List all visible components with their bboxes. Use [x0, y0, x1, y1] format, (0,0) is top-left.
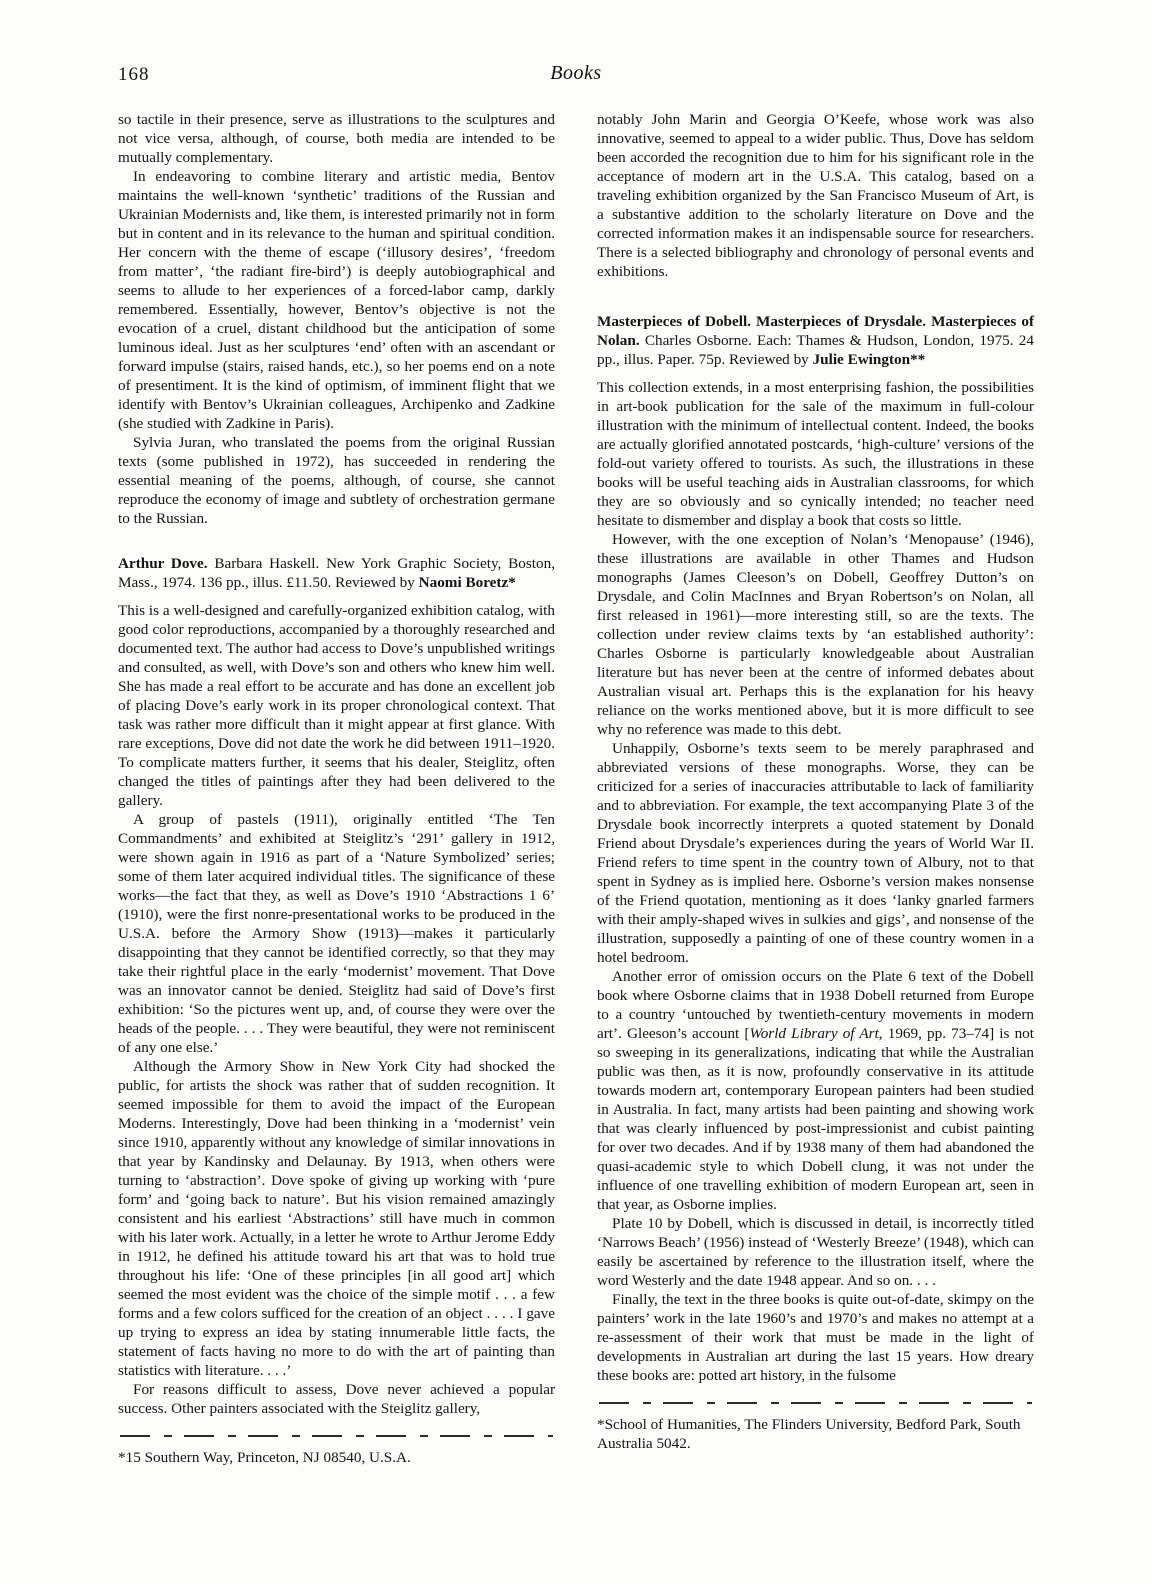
bentov-review-continuation: so tactile in their presence, serve as i…	[118, 110, 555, 528]
reviewer-address-footnote: *15 Southern Way, Princeton, NJ 08540, U…	[118, 1448, 555, 1467]
cited-work-title: World Library of Art	[749, 1025, 878, 1042]
reviewer-address-footnote: *School of Humanities, The Flinders Univ…	[597, 1415, 1034, 1453]
book-title: Arthur Dove.	[118, 555, 208, 572]
review-heading-masterpieces: Masterpieces of Dobell. Masterpieces of …	[597, 312, 1034, 369]
left-column: so tactile in their presence, serve as i…	[118, 110, 555, 1467]
paragraph: For reasons difficult to assess, Dove ne…	[118, 1380, 555, 1418]
footnote-rule	[120, 1435, 553, 1437]
masterpieces-review-body: This collection extends, in a most enter…	[597, 378, 1034, 1385]
paragraph: This collection extends, in a most enter…	[597, 378, 1034, 530]
dove-review-body: This is a well-designed and carefully-or…	[118, 601, 555, 1418]
paragraph: This is a well-designed and carefully-or…	[118, 601, 555, 810]
paragraph: Finally, the text in the three books is …	[597, 1290, 1034, 1385]
right-column: notably John Marin and Georgia O’Keefe, …	[597, 110, 1034, 1453]
journal-page: 168 Books so tactile in their presence, …	[0, 0, 1152, 1584]
paragraph: so tactile in their presence, serve as i…	[118, 110, 555, 167]
paragraph-with-citation: Another error of omission occurs on the …	[597, 967, 1034, 1214]
reviewer-name: Naomi Boretz*	[419, 574, 516, 591]
paragraph: Sylvia Juran, who translated the poems f…	[118, 433, 555, 528]
paragraph: A group of pastels (1911), originally en…	[118, 810, 555, 1057]
dove-review-continuation: notably John Marin and Georgia O’Keefe, …	[597, 110, 1034, 281]
right-footnote-block: *School of Humanities, The Flinders Univ…	[597, 1402, 1034, 1453]
footnote-rule	[599, 1402, 1032, 1404]
left-footnote-block: *15 Southern Way, Princeton, NJ 08540, U…	[118, 1435, 555, 1467]
paragraph: In endeavoring to combine literary and a…	[118, 167, 555, 433]
paragraph: notably John Marin and Georgia O’Keefe, …	[597, 110, 1034, 281]
paragraph: However, with the one exception of Nolan…	[597, 530, 1034, 739]
paragraph: Unhappily, Osborne’s texts seem to be me…	[597, 739, 1034, 967]
paragraph: Although the Armory Show in New York Cit…	[118, 1057, 555, 1380]
reviewer-name: Julie Ewington**	[813, 351, 926, 368]
paragraph-text: , 1969, pp. 73–74] is not so sweeping in…	[597, 1025, 1034, 1213]
paragraph: Plate 10 by Dobell, which is discussed i…	[597, 1214, 1034, 1290]
running-title: Books	[118, 62, 1034, 85]
review-heading-arthur-dove: Arthur Dove. Barbara Haskell. New York G…	[118, 554, 555, 592]
